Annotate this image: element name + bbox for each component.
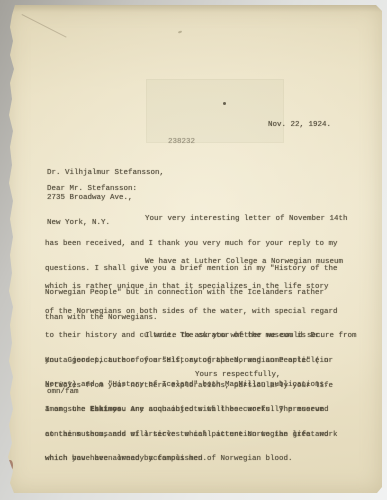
- letter-line: which is rather unique in that it specia…: [45, 283, 343, 291]
- letter-date: Nov. 22, 1924.: [268, 121, 331, 129]
- letter-line: which you have already accomplished.: [45, 455, 357, 463]
- paper-crease: [22, 14, 67, 38]
- letter-paper: Nov. 22, 1924. 238232 Dr. Vilhjalmur Ste…: [8, 5, 382, 493]
- paper-speck: [178, 30, 182, 33]
- letter-line: Your very interesting letter of November…: [45, 215, 348, 223]
- recipient-name: Dr. Vilhjalmur Stefansson,: [47, 169, 164, 177]
- body-paragraph-3: I write to ask you whether we could secu…: [45, 316, 357, 480]
- letter-line: among the Eskimos. Any such objects will…: [45, 406, 357, 414]
- letter-line: at the museum, and will serve to call at…: [45, 431, 357, 439]
- closing-salutation: Yours respectfully,: [195, 371, 281, 379]
- letter-line: you a good picture of yourself, autograp…: [45, 357, 357, 365]
- file-number-stamp: 238232: [168, 138, 195, 146]
- paper-impression: [146, 79, 284, 143]
- letter-line: We have at Luther College a Norwegian mu…: [45, 258, 343, 266]
- ink-speck: [223, 102, 226, 105]
- paper-edge-shade: [8, 5, 382, 12]
- document-scan: Nov. 22, 1924. 238232 Dr. Vilhjalmur Ste…: [0, 0, 387, 500]
- letter-line: of the Norwegians on both sides of the w…: [45, 308, 343, 316]
- letter-line: articles from your northern explorations…: [45, 382, 357, 390]
- salutation: Dear Mr. Stefansson:: [47, 185, 137, 193]
- letter-line-segment: among the: [45, 406, 90, 414]
- edge-stain: [7, 460, 13, 471]
- typist-initials: omn/fam: [47, 388, 79, 396]
- letter-line-segment: Any such objects will be carefully prese…: [126, 406, 329, 414]
- letter-line: I write to ask you whether we could secu…: [45, 332, 357, 340]
- overtyped-word: Eskimos.: [90, 406, 126, 414]
